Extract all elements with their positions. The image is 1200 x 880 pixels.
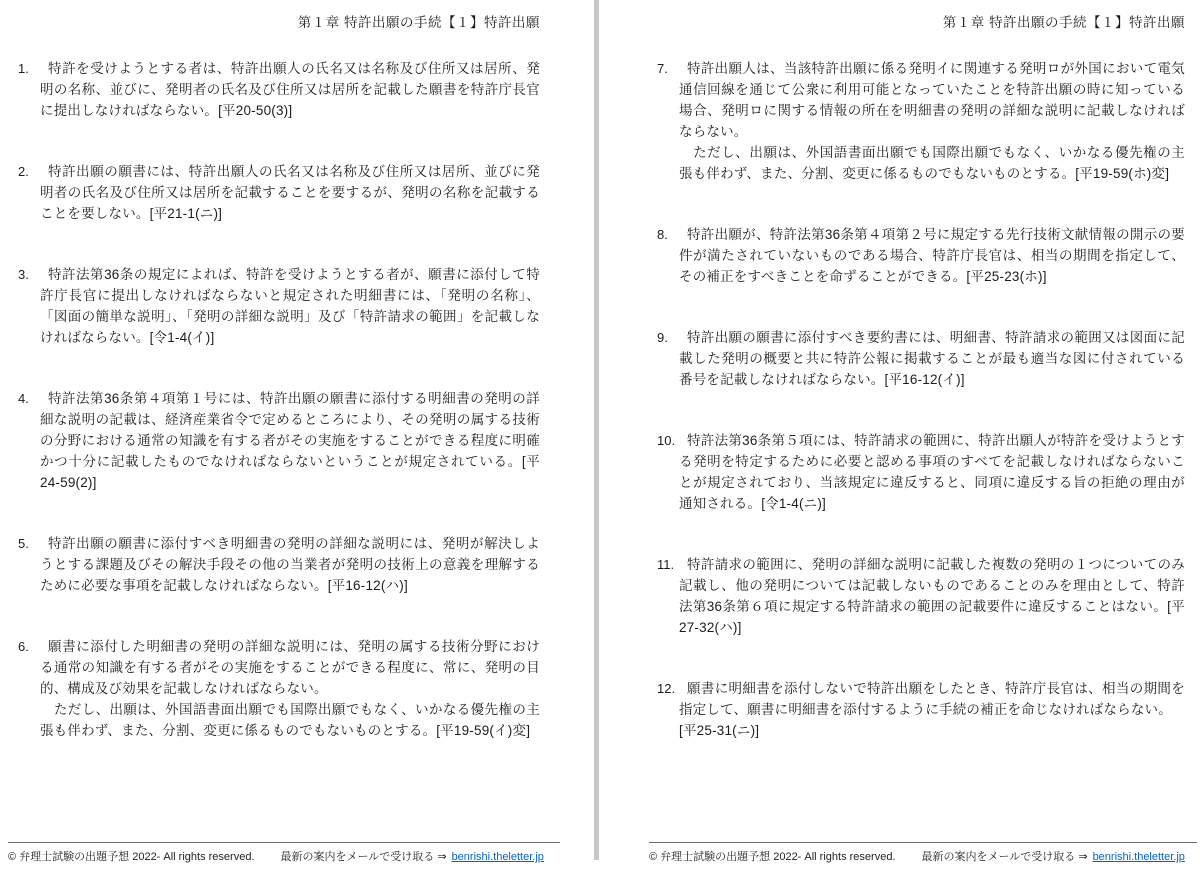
item-text: 特許を受けようとする者は、特許出願人の氏名又は名称及び住所又は居所、発明の名称、… [40,58,540,121]
item-number: 9. [657,327,679,390]
statement-item-8: 8. 特許出願が、特許法第36条第４項第２号に規定する先行技術文献情報の開示の要… [657,224,1185,287]
page-left: 第１章 特許出願の手続【１】特許出願 1. 特許を受けようとする者は、特許出願人… [0,0,594,880]
item-number: 3. [18,264,40,348]
statement-item-9: 9. 特許出願の願書に添付すべき要約書には、明細書、特許請求の範囲又は図面に記載… [657,327,1185,390]
statement-item-11: 11. 特許請求の範囲に、発明の詳細な説明に記載した複数の発明の１つについてのみ… [657,554,1185,638]
page-header: 第１章 特許出願の手続【１】特許出願 [657,12,1185,33]
page-footer: © 弁理士試験の出題予想 2022- All rights reserved.最… [649,842,1197,864]
statement-item-2: 2. 特許出願の願書には、特許出願人の氏名又は名称及び住所又は居所、並びに発明者… [18,161,540,224]
statement-item-3: 3. 特許法第36条の規定によれば、特許を受けようとする者が、願書に添付して特許… [18,264,540,348]
document-viewer: 第１章 特許出願の手続【１】特許出願 1. 特許を受けようとする者は、特許出願人… [0,0,1200,880]
item-number: 10. [657,430,679,514]
statement-item-12: 12. 願書に明細書を添付しないで特許出願をしたとき、特許庁長官は、相当の期間を… [657,678,1185,741]
item-number: 12. [657,678,679,741]
footer-cta: 最新の案内をメールで受け取る ⇒ [922,851,1088,863]
item-text: 特許出願の願書には、特許出願人の氏名又は名称及び住所又は居所、並びに発明者の氏名… [40,161,540,224]
item-number: 11. [657,554,679,638]
footer-cta: 最新の案内をメールで受け取る ⇒ [281,851,447,863]
item-note: ただし、出願は、外国語書面出願でも国際出願でもなく、いかなる優先権の主張も伴わず… [40,699,540,741]
item-text: 特許出願の願書に添付すべき要約書には、明細書、特許請求の範囲又は図面に記載した発… [679,327,1185,390]
statement-item-6: 6. 願書に添付した明細書の発明の詳細な説明には、発明の属する技術分野における通… [18,636,540,741]
item-number: 5. [18,533,40,596]
statement-item-4: 4. 特許法第36条第４項第１号には、特許出願の願書に添付する明細書の発明の詳細… [18,388,540,493]
item-text: 特許請求の範囲に、発明の詳細な説明に記載した複数の発明の１つについてのみ記載し、… [679,554,1185,638]
item-number: 8. [657,224,679,287]
item-text: 特許出願人は、当該特許出願に係る発明イに関連する発明ロが外国において電気通信回線… [679,58,1185,142]
item-number: 1. [18,58,40,121]
statement-item-7: 7. 特許出願人は、当該特許出願に係る発明イに関連する発明ロが外国において電気通… [657,58,1185,184]
statement-list: 1. 特許を受けようとする者は、特許出願人の氏名又は名称及び住所又は居所、発明の… [18,33,540,741]
item-text: 特許法第36条の規定によれば、特許を受けようとする者が、願書に添付して特許庁長官… [40,264,540,348]
statement-list: 7. 特許出願人は、当該特許出願に係る発明イに関連する発明ロが外国において電気通… [657,33,1185,741]
footer-link[interactable]: benrishi.theletter.jp [1093,851,1185,863]
footer-link[interactable]: benrishi.theletter.jp [452,851,544,863]
statement-item-5: 5. 特許出願の願書に添付すべき明細書の発明の詳細な説明には、発明が解決しようと… [18,533,540,596]
item-note: [平25-31(ニ)] [679,720,1185,741]
item-text: 特許出願の願書に添付すべき明細書の発明の詳細な説明には、発明が解決しようとする課… [40,533,540,596]
page-footer: © 弁理士試験の出題予想 2022- All rights reserved.最… [8,842,560,864]
item-text: 特許法第36条第４項第１号には、特許出願の願書に添付する明細書の発明の詳細な説明… [40,388,540,493]
footer-copyright: © 弁理士試験の出題予想 2022- All rights reserved. [649,851,896,863]
page-header: 第１章 特許出願の手続【１】特許出願 [18,12,540,33]
item-text: 特許出願が、特許法第36条第４項第２号に規定する先行技術文献情報の開示の要件が満… [679,224,1185,287]
item-number: 4. [18,388,40,493]
page-right: 第１章 特許出願の手続【１】特許出願 7. 特許出願人は、当該特許出願に係る発明… [599,0,1200,880]
item-number: 6. [18,636,40,741]
statement-item-10: 10. 特許法第36条第５項には、特許請求の範囲に、特許出願人が特許を受けようと… [657,430,1185,514]
item-text: 特許法第36条第５項には、特許請求の範囲に、特許出願人が特許を受けようとする発明… [679,430,1185,514]
statement-item-1: 1. 特許を受けようとする者は、特許出願人の氏名又は名称及び住所又は居所、発明の… [18,58,540,121]
item-number: 7. [657,58,679,184]
footer-copyright: © 弁理士試験の出題予想 2022- All rights reserved. [8,851,255,863]
item-text: 願書に明細書を添付しないで特許出願をしたとき、特許庁長官は、相当の期間を指定して… [679,678,1185,720]
item-number: 2. [18,161,40,224]
item-text: 願書に添付した明細書の発明の詳細な説明には、発明の属する技術分野における通常の知… [40,636,540,699]
item-note: ただし、出願は、外国語書面出願でも国際出願でもなく、いかなる優先権の主張も伴わず… [679,142,1185,184]
